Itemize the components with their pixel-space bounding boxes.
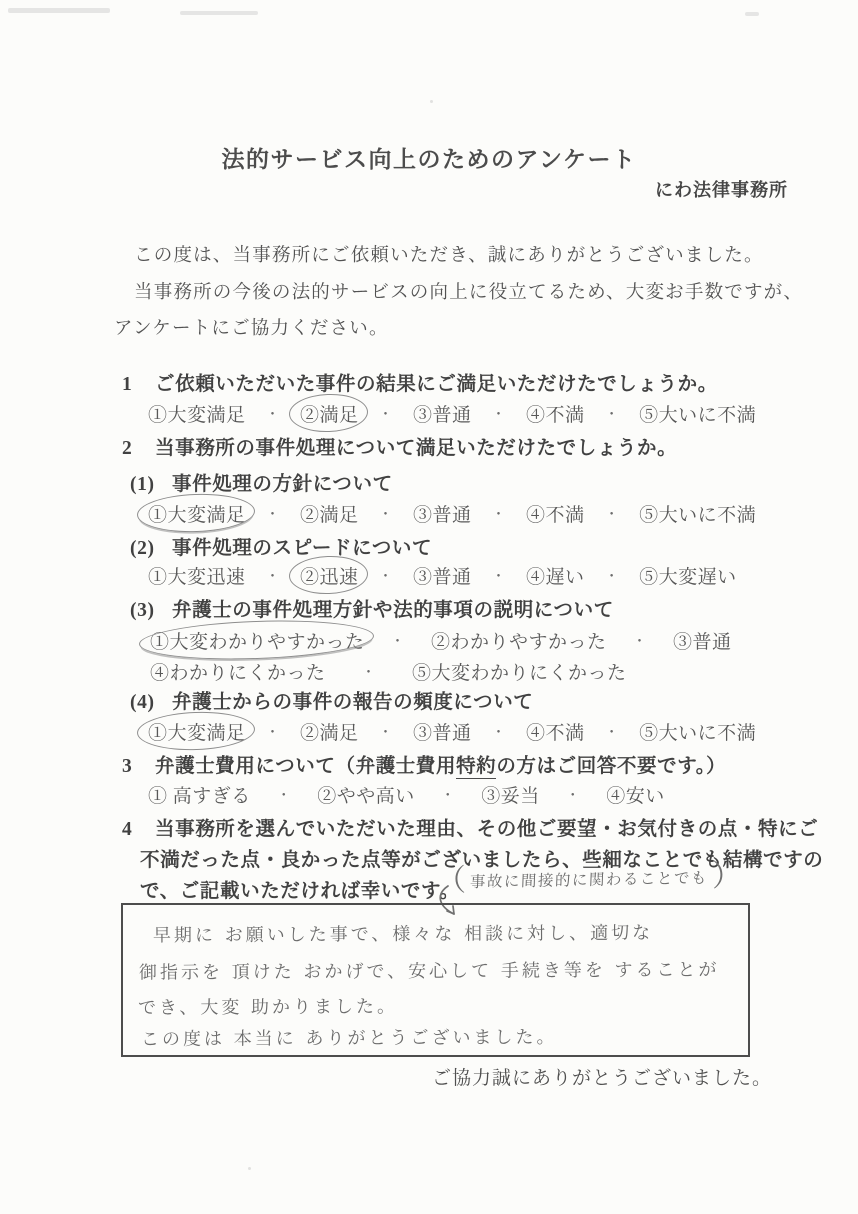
handwritten-line: 早期に お願いした事で、様々な 相談に対し、適切な (153, 919, 653, 948)
question-2-4-number: (4) (130, 692, 172, 714)
question-2: 2当事務所の事件処理について満足いただけたでしょうか。 (122, 432, 677, 460)
option: ① 高すぎる (148, 781, 251, 808)
option: ③妥当 (481, 781, 540, 808)
option: ⑤大変遅い (639, 562, 737, 589)
intro-line: 当事務所の今後の法的サービスの向上に役立てるため、大変お手数ですが、 (114, 278, 803, 304)
question-2-4-options: ①大変満足・②満足・③普通・④不満・⑤大いに不満 (148, 718, 756, 745)
option-separator: ・ (605, 566, 620, 586)
option: ③普通 (413, 500, 472, 527)
question-1-options: ①大変満足・②満足・③普通・④不満・⑤大いに不満 (148, 400, 756, 427)
handwritten-line: この度は 本当に ありがとうございました。 (141, 1023, 558, 1051)
question-2-2: (2)事件処理のスピードについて (130, 532, 432, 560)
option-separator: ・ (277, 785, 292, 805)
handwritten-line: でき、大変 助かりました。 (138, 992, 398, 1019)
handwritten-annotation: （ 事故に間接的に関わることでも ） (436, 861, 742, 896)
option-separator: ・ (266, 722, 281, 742)
option: ⑤大変わかりにくかった (412, 658, 627, 685)
option-separator: ・ (492, 504, 507, 524)
intro-line: この度は、当事務所にご依頼いただき、誠にありがとうございました。 (114, 241, 764, 267)
scan-artifact (430, 100, 433, 103)
option: ①大変満足 (148, 400, 246, 427)
option: ④遅い (526, 562, 585, 589)
intro-line: アンケートにご協力ください。 (114, 314, 389, 340)
survey-document: 法的サービス向上のためのアンケート にわ法律事務所 この度は、当事務所にご依頼い… (0, 0, 858, 1214)
question-2-text: 当事務所の事件処理について満足いただけたでしょうか。 (155, 438, 677, 459)
question-2-4-text: 弁護士からの事件の報告の頻度について (172, 692, 533, 713)
option-separator: ・ (492, 566, 507, 586)
option: ①大変迅速 (148, 562, 246, 589)
option-circled: ①大変満足 (148, 500, 246, 527)
question-2-2-text: 事件処理のスピードについて (172, 538, 432, 559)
office-name: にわ法律事務所 (655, 176, 788, 202)
annotation-text: 事故に間接的に関わることでも (466, 866, 713, 892)
question-3-text: 弁護士費用について（弁護士費用特約の方はご回答不要です。） (155, 756, 726, 779)
option: ②満足 (300, 718, 359, 745)
option-separator: ・ (441, 785, 456, 805)
question-3: 3弁護士費用について（弁護士費用特約の方はご回答不要です。） (122, 750, 726, 778)
question-2-1-options: ①大変満足・②満足・③普通・④不満・⑤大いに不満 (148, 500, 756, 527)
option-circled: ①大変わかりやすかった (150, 627, 365, 654)
question-4: 4当事務所を選んでいただいた理由、その他ご要望・お気付きの点・特にご (122, 813, 818, 841)
comment-box: 早期に お願いした事で、様々な 相談に対し、適切な 御指示を 頂けた おかげで、… (121, 903, 750, 1057)
option-circled: ②迅速 (300, 562, 359, 589)
option-separator: ・ (605, 404, 620, 424)
question-3-number: 3 (122, 756, 155, 778)
option-separator: ・ (566, 785, 581, 805)
option-separator: ・ (362, 662, 377, 682)
option: ④安い (606, 781, 665, 808)
scan-artifact (745, 12, 759, 16)
option-circled: ①大変満足 (148, 718, 246, 745)
handwritten-line: 御指示を 頂けた おかげで、安心して 手続き等を することが (139, 955, 720, 984)
option: ④わかりにくかった (150, 658, 326, 685)
option: ⑤大いに不満 (639, 718, 756, 745)
question-2-3-options-row1: ①大変わかりやすかった・②わかりやすかった・③普通 (150, 627, 732, 654)
question-2-1-text: 事件処理の方針について (172, 474, 393, 495)
question-1-text: ご依頼いただいた事件の結果にご満足いただけたでしょうか。 (155, 374, 718, 395)
option-separator: ・ (605, 722, 620, 742)
question-1-number: 1 (122, 374, 155, 396)
option-separator: ・ (605, 504, 620, 524)
option: ②わかりやすかった (431, 627, 607, 654)
option-separator: ・ (379, 722, 394, 742)
option: ③普通 (413, 562, 472, 589)
option: ⑤大いに不満 (639, 500, 756, 527)
option-separator: ・ (266, 566, 281, 586)
question-2-4: (4)弁護士からの事件の報告の頻度について (130, 686, 533, 714)
question-2-2-number: (2) (130, 538, 172, 560)
question-4-line1: 当事務所を選んでいただいた理由、その他ご要望・お気付きの点・特にご (155, 819, 818, 840)
question-2-1: (1)事件処理の方針について (130, 468, 393, 496)
question-2-2-options: ①大変迅速・②迅速・③普通・④遅い・⑤大変遅い (148, 562, 737, 589)
option-separator: ・ (266, 404, 281, 424)
option: ③普通 (413, 718, 472, 745)
question-4-number: 4 (122, 819, 155, 841)
option-separator: ・ (379, 504, 394, 524)
question-2-1-number: (1) (130, 474, 172, 496)
annotation-close-paren: ） (712, 861, 743, 892)
question-2-number: 2 (122, 438, 155, 460)
option-separator: ・ (379, 404, 394, 424)
question-1: 1ご依頼いただいた事件の結果にご満足いただけたでしょうか。 (122, 368, 718, 396)
option: ②やや高い (317, 781, 415, 808)
option: ④不満 (526, 500, 585, 527)
option-separator: ・ (266, 504, 281, 524)
closing-thanks: ご協力誠にありがとうございました。 (432, 1063, 772, 1090)
option-separator: ・ (633, 631, 648, 651)
scan-artifact (248, 1167, 251, 1170)
option-separator: ・ (391, 631, 406, 651)
scan-artifact (8, 8, 110, 13)
question-4-line3: で、ご記載いただければ幸いです。 (140, 875, 460, 903)
page-title: 法的サービス向上のためのアンケート (0, 141, 858, 174)
option: ②満足 (300, 500, 359, 527)
scan-artifact (180, 11, 258, 15)
option-separator: ・ (492, 404, 507, 424)
option: ④不満 (526, 718, 585, 745)
question-2-3: (3)弁護士の事件処理方針や法的事項の説明について (130, 594, 614, 622)
option: ⑤大いに不満 (639, 400, 756, 427)
question-2-3-number: (3) (130, 600, 172, 622)
option-separator: ・ (492, 722, 507, 742)
option: ③普通 (413, 400, 472, 427)
option: ④不満 (526, 400, 585, 427)
underlined-term: 特約 (456, 756, 496, 779)
question-2-3-text: 弁護士の事件処理方針や法的事項の説明について (172, 600, 614, 621)
option: ③普通 (673, 627, 732, 654)
option-separator: ・ (379, 566, 394, 586)
question-3-options: ① 高すぎる・②やや高い・③妥当・④安い (148, 781, 665, 808)
question-2-3-options-row2: ④わかりにくかった・⑤大変わかりにくかった (150, 658, 627, 685)
option-circled: ②満足 (300, 400, 359, 427)
